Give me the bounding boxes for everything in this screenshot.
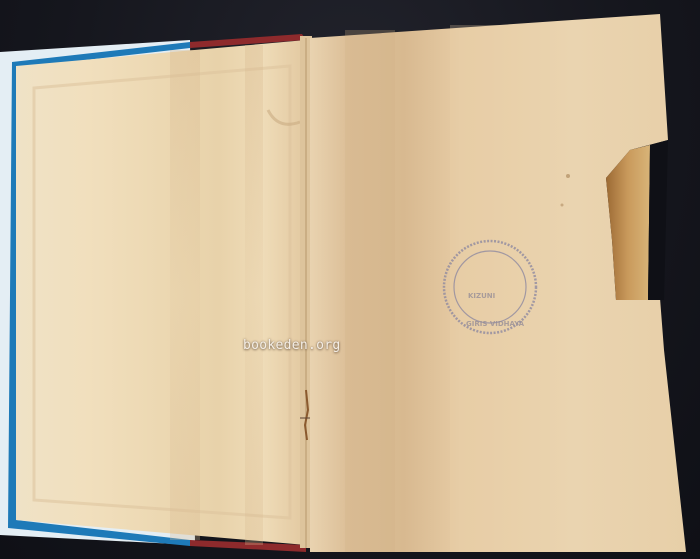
- watermark: bookeden.org: [243, 338, 341, 353]
- svg-text:GIRIS VIDHAYA: GIRIS VIDHAYA: [466, 320, 525, 328]
- book-illustration: KIZUNI GIRIS VIDHAYA: [0, 0, 700, 559]
- book-photo: KIZUNI GIRIS VIDHAYA bookeden.org: [0, 0, 700, 559]
- svg-text:KIZUNI: KIZUNI: [468, 292, 495, 300]
